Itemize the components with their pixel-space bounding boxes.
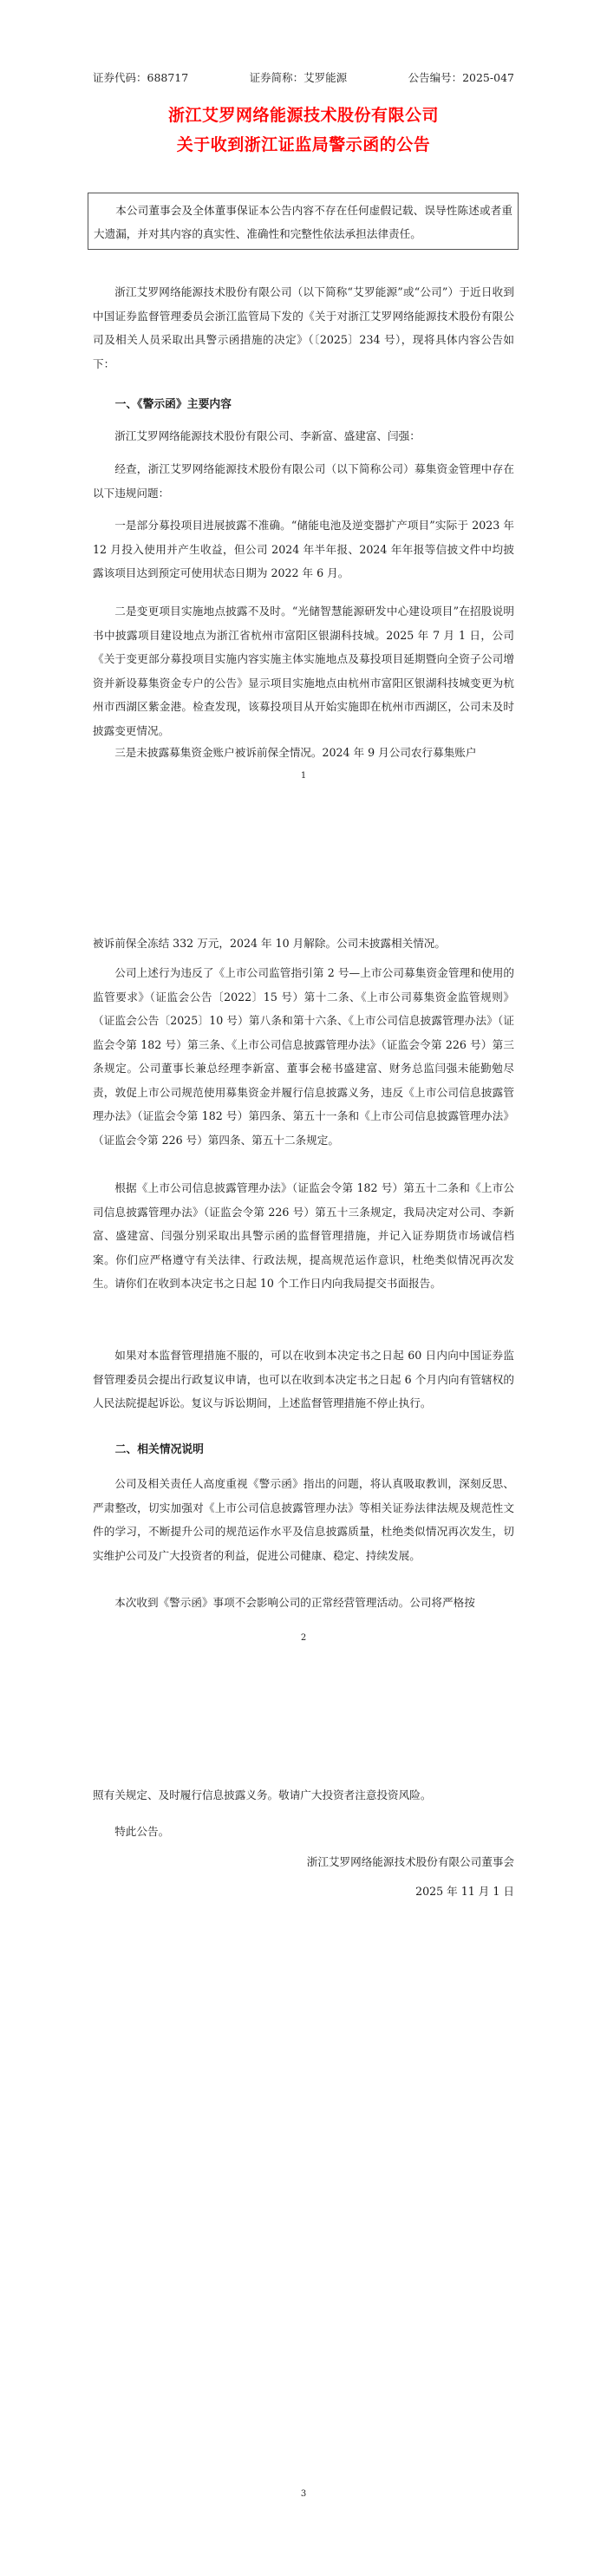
document-header: 证券代码：688717 证券简称：艾罗能源 公告编号：2025-047 <box>93 69 514 87</box>
addressees: 浙江艾罗网络能源技术股份有限公司、李新富、盛建富、闫强： <box>93 424 514 448</box>
signatory: 浙江艾罗网络能源技术股份有限公司董事会 <box>307 1853 514 1869</box>
intro-paragraph: 浙江艾罗网络能源技术股份有限公司（以下简称“艾罗能源”或“公司”）于近日收到中国… <box>93 280 514 376</box>
closing-text: 特此公告。 <box>93 1820 514 1844</box>
section-1-p2: 一是部分募投项目进展披露不准确。“储能电池及逆变器扩产项目”实际于 2023 年… <box>93 513 514 585</box>
announcement-date: 2025 年 11 月 1 日 <box>415 1882 514 1899</box>
title-company: 浙江艾罗网络能源技术股份有限公司 <box>0 102 607 126</box>
section-2-p2-part2: 照有关规定、及时履行信息披露义务。敬请广大投资者注意投资风险。 <box>93 1783 514 1808</box>
page-number-2: 2 <box>0 1633 607 1643</box>
title-subject: 关于收到浙江证监局警示函的公告 <box>0 132 607 155</box>
section-1-p4-part2: 被诉前保全冻结 332 万元，2024 年 10 月解除。公司未披露相关情况。 <box>93 932 514 956</box>
section-1-p3: 二是变更项目实施地点披露不及时。“光储智慧能源研发中心建设项目”在招股说明书中披… <box>93 599 514 742</box>
section-1-heading: 一、《警示函》主要内容 <box>93 395 514 411</box>
section-2-p1: 公司及相关责任人高度重视《警示函》指出的问题，将认真吸取教训，深刻反思、严肃整改… <box>93 1472 514 1567</box>
stock-name: 证券简称：艾罗能源 <box>250 69 348 87</box>
section-1-p4-part1: 三是未披露募集资金账户被诉前保全情况。2024 年 9 月公司农行募集账户 <box>93 741 514 765</box>
announcement-number: 公告编号：2025-047 <box>408 69 514 87</box>
section-1-p5: 公司上述行为违反了《上市公司监管指引第 2 号—上市公司募集资金管理和使用的监管… <box>93 961 514 1152</box>
stock-code: 证券代码：688717 <box>93 69 188 87</box>
page-number-3: 3 <box>0 2489 607 2499</box>
section-1-p6: 根据《上市公司信息披露管理办法》（证监会令第 182 号）第五十二条和《上市公司… <box>93 1176 514 1296</box>
section-2-heading: 二、相关情况说明 <box>93 1440 514 1456</box>
page-number-1: 1 <box>0 771 607 781</box>
board-guarantee-notice: 本公司董事会及全体董事保证本公告内容不存在任何虚假记载、误导性陈述或者重大遗漏，… <box>88 193 519 250</box>
section-1-p7: 如果对本监督管理措施不服的，可以在收到本决定书之日起 60 日内向中国证券监督管… <box>93 1344 514 1415</box>
section-2-p2-part1: 本次收到《警示函》事项不会影响公司的正常经营管理活动。公司将严格按 <box>93 1591 514 1615</box>
section-1-p1: 经查，浙江艾罗网络能源技术股份有限公司（以下简称公司）募集资金管理中存在以下违规… <box>93 457 514 505</box>
